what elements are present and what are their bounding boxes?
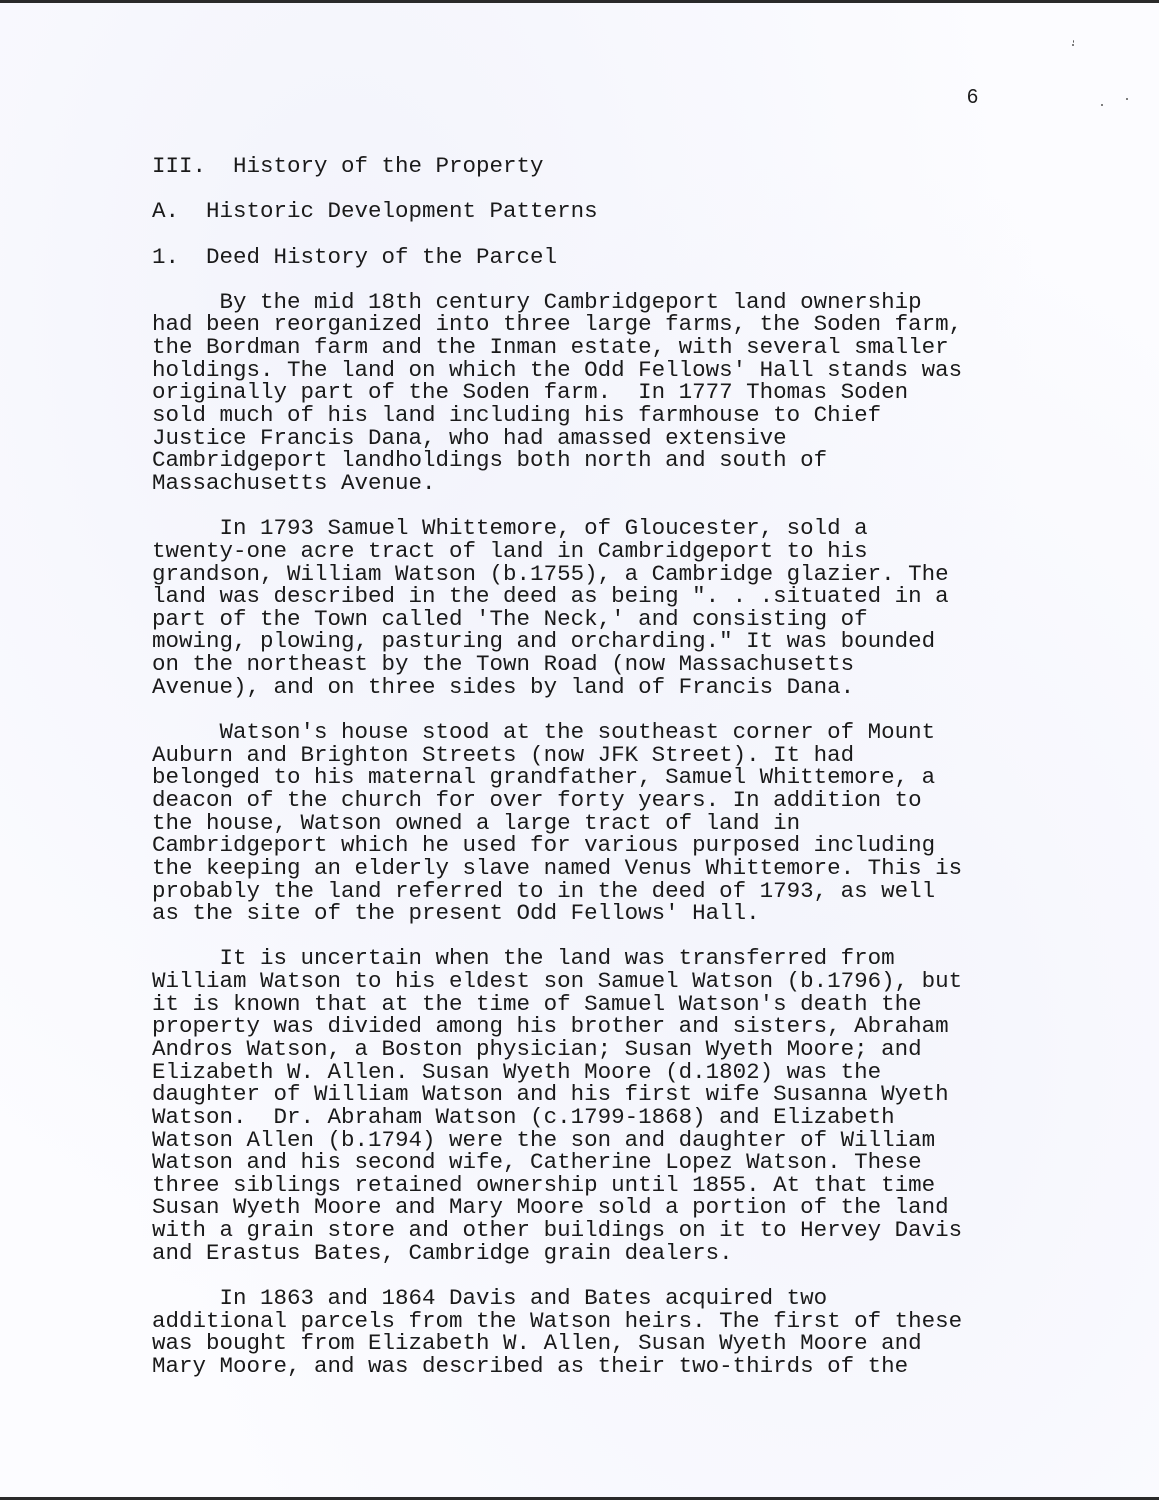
text-line: sold much of his land including his farm… <box>152 404 1032 427</box>
text-line: belonged to his maternal grandfather, Sa… <box>152 766 1032 789</box>
text-line: had been reorganized into three large fa… <box>152 313 1032 336</box>
body-paragraph: By the mid 18th century Cambridgeport la… <box>152 291 1032 495</box>
text-line: and Erastus Bates, Cambridge grain deale… <box>152 1242 1032 1265</box>
text-line: By the mid 18th century Cambridgeport la… <box>152 291 1032 314</box>
text-line: probably the land referred to in the dee… <box>152 880 1032 903</box>
text-line: additional parcels from the Watson heirs… <box>152 1310 1032 1333</box>
subsection-heading: A. Historic Development Patterns <box>152 200 1032 223</box>
text-line: Cambridgeport which he used for various … <box>152 834 1032 857</box>
text-line: grandson, William Watson (b.1755), a Cam… <box>152 563 1032 586</box>
text-line: Susan Wyeth Moore and Mary Moore sold a … <box>152 1196 1032 1219</box>
text-line: It is uncertain when the land was transf… <box>152 947 1032 970</box>
text-line: with a grain store and other buildings o… <box>152 1219 1032 1242</box>
text-line: property was divided among his brother a… <box>152 1015 1032 1038</box>
scan-edge-top <box>0 0 1159 3</box>
body-paragraph: In 1863 and 1864 Davis and Bates acquire… <box>152 1287 1032 1378</box>
text-line: William Watson to his eldest son Samuel … <box>152 970 1032 993</box>
text-line: Avenue), and on three sides by land of F… <box>152 676 1032 699</box>
scan-speck <box>1126 98 1128 100</box>
text-line: deacon of the church for over forty year… <box>152 789 1032 812</box>
text-line: Watson. Dr. Abraham Watson (c.1799-1868)… <box>152 1106 1032 1129</box>
text-line: originally part of the Soden farm. In 17… <box>152 381 1032 404</box>
text-line: Justice Francis Dana, who had amassed ex… <box>152 427 1032 450</box>
document-body: III. History of the Property A. Historic… <box>152 155 1032 1400</box>
text-line: Watson's house stood at the southeast co… <box>152 721 1032 744</box>
text-line: as the site of the present Odd Fellows' … <box>152 902 1032 925</box>
paragraphs-container: By the mid 18th century Cambridgeport la… <box>152 291 1032 1378</box>
text-line: daughter of William Watson and his first… <box>152 1083 1032 1106</box>
text-line: Andros Watson, a Boston physician; Susan… <box>152 1038 1032 1061</box>
text-line: Auburn and Brighton Streets (now JFK Str… <box>152 744 1032 767</box>
section-heading: III. History of the Property <box>152 155 1032 178</box>
text-line: the keeping an elderly slave named Venus… <box>152 857 1032 880</box>
text-line: Massachusetts Avenue. <box>152 472 1032 495</box>
scan-speck <box>1073 40 1074 43</box>
text-line: Cambridgeport landholdings both north an… <box>152 449 1032 472</box>
text-line: Watson Allen (b.1794) were the son and d… <box>152 1129 1032 1152</box>
scan-speck <box>1072 44 1074 46</box>
body-paragraph: It is uncertain when the land was transf… <box>152 947 1032 1264</box>
text-line: Mary Moore, and was described as their t… <box>152 1355 1032 1378</box>
text-line: part of the Town called 'The Neck,' and … <box>152 608 1032 631</box>
text-line: land was described in the deed as being … <box>152 585 1032 608</box>
text-line: Elizabeth W. Allen. Susan Wyeth Moore (d… <box>152 1061 1032 1084</box>
text-line: In 1793 Samuel Whittemore, of Gloucester… <box>152 517 1032 540</box>
scanned-page: 6 III. History of the Property A. Histor… <box>0 0 1159 1500</box>
text-line: Watson and his second wife, Catherine Lo… <box>152 1151 1032 1174</box>
text-line: three siblings retained ownership until … <box>152 1174 1032 1197</box>
text-line: In 1863 and 1864 Davis and Bates acquire… <box>152 1287 1032 1310</box>
page-number: 6 <box>967 86 978 109</box>
text-line: the Bordman farm and the Inman estate, w… <box>152 336 1032 359</box>
text-line: the house, Watson owned a large tract of… <box>152 812 1032 835</box>
text-line: it is known that at the time of Samuel W… <box>152 993 1032 1016</box>
subsubsection-heading: 1. Deed History of the Parcel <box>152 246 1032 269</box>
text-line: twenty-one acre tract of land in Cambrid… <box>152 540 1032 563</box>
text-line: on the northeast by the Town Road (now M… <box>152 653 1032 676</box>
body-paragraph: Watson's house stood at the southeast co… <box>152 721 1032 925</box>
scan-speck <box>1101 104 1103 106</box>
text-line: mowing, plowing, pasturing and orchardin… <box>152 630 1032 653</box>
body-paragraph: In 1793 Samuel Whittemore, of Gloucester… <box>152 517 1032 698</box>
text-line: holdings. The land on which the Odd Fell… <box>152 359 1032 382</box>
text-line: was bought from Elizabeth W. Allen, Susa… <box>152 1332 1032 1355</box>
